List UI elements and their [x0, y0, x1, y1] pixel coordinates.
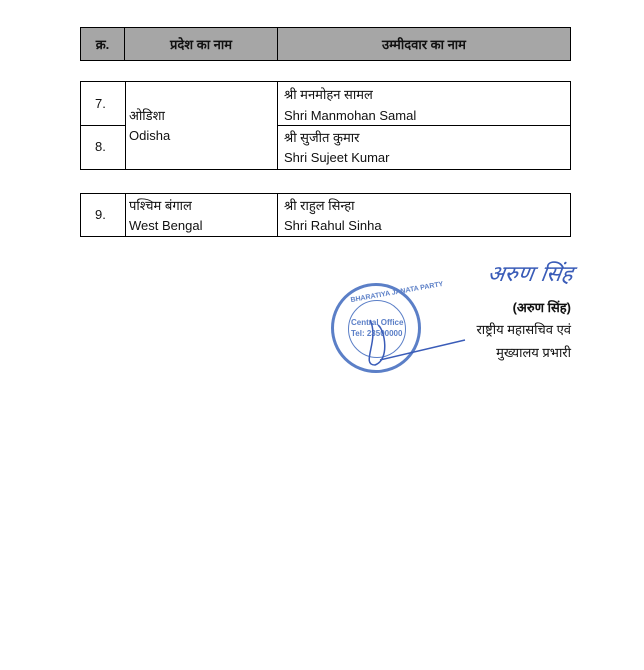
- state-english: Odisha: [129, 128, 170, 143]
- signatory-name: (अरुण सिंह): [513, 298, 571, 316]
- header-serial: क्र.: [81, 28, 125, 60]
- serial-8: 8.: [95, 139, 106, 154]
- stamp-ring-text: BHARATIYA JANATA PARTY: [350, 281, 444, 304]
- state-hindi: पश्चिम बंगाल: [129, 196, 192, 214]
- candidate-hindi: श्री राहुल सिन्हा: [284, 196, 355, 214]
- state-english: West Bengal: [129, 218, 202, 233]
- handwritten-signature: अरुण सिंह: [486, 258, 575, 288]
- candidate-english: Shri Rahul Sinha: [284, 218, 382, 233]
- header-state: प्रदेश का नाम: [125, 28, 278, 60]
- header-candidate: उम्मीदवार का नाम: [278, 28, 570, 60]
- state-hindi: ओडिशा: [129, 106, 165, 124]
- table-group-odisha: 7. 8. ओडिशा Odisha श्री मनमोहन सामल Shri…: [80, 81, 571, 170]
- serial-9: 9.: [95, 207, 106, 222]
- signatory-title-line1: राष्ट्रीय महासचिव एवं: [476, 320, 571, 338]
- table-group-west-bengal: 9. पश्चिम बंगाल West Bengal श्री राहुल स…: [80, 193, 571, 237]
- candidate-hindi: श्री मनमोहन सामल: [284, 85, 373, 103]
- signature-stroke: [340, 310, 470, 380]
- table-header: क्र. प्रदेश का नाम उम्मीदवार का नाम: [80, 27, 571, 61]
- candidate-english: Shri Manmohan Samal: [284, 108, 416, 123]
- candidate-hindi: श्री सुजीत कुमार: [284, 128, 359, 146]
- signatory-title-line2: मुख्यालय प्रभारी: [496, 343, 571, 361]
- candidate-english: Shri Sujeet Kumar: [284, 150, 390, 165]
- serial-7: 7.: [95, 96, 106, 111]
